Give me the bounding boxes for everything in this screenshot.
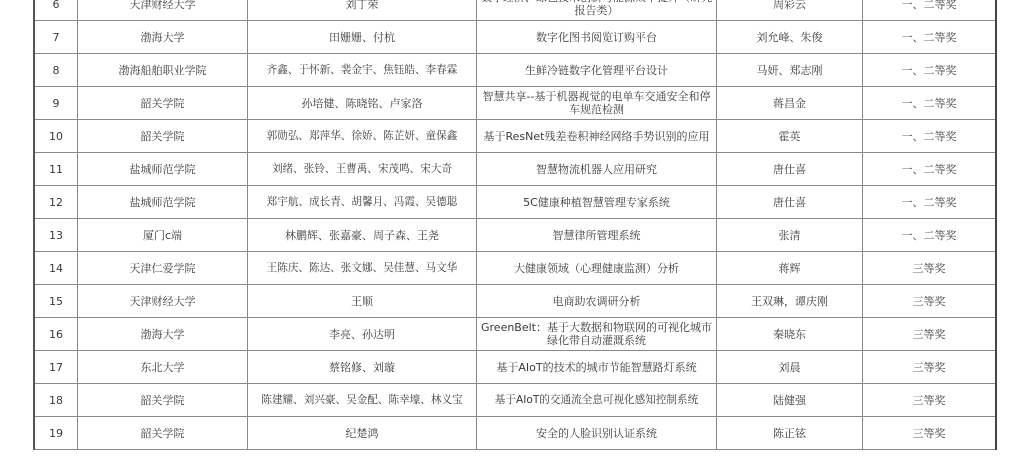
table-row: 14 天津仁爱学院 王陈庆、陈达、张文娜、吴佳慧、马文华 大健康领域（心理健康监… (34, 252, 996, 285)
cell-project: 电商助农调研分析 (477, 285, 717, 318)
cell-advisor: 唐仕喜 (717, 186, 863, 219)
cell-members: 孙培健、陈晓铭、卢家洛 (248, 87, 477, 120)
cell-project: 大健康领域（心理健康监测）分析 (477, 252, 717, 285)
cell-school: 天津财经大学 (78, 285, 248, 318)
table-row: 17 东北大学 蔡铭修、刘璇 基于AIoT的技术的城市节能智慧路灯系统 刘晨 三… (34, 351, 996, 384)
cell-award: 一、二等奖 (863, 21, 997, 54)
cell-award: 三等奖 (863, 417, 997, 450)
cell-advisor: 张清 (717, 219, 863, 252)
cell-members: 李亮、孙达明 (248, 318, 477, 351)
table-row: 18 韶关学院 陈建耀、刘兴豪、吴金配、陈幸壕、林义宝 基于AIoT的交通流全息… (34, 384, 996, 417)
cell-school: 盐城师范学院 (78, 153, 248, 186)
cell-school: 韶关学院 (78, 87, 248, 120)
table-row: 16 渤海大学 李亮、孙达明 GreenBelt：基于大数据和物联网的可视化城市… (34, 318, 996, 351)
cell-no: 6 (34, 0, 78, 21)
cell-members: 刘丁荣 (248, 0, 477, 21)
cell-award: 一、二等奖 (863, 153, 997, 186)
cell-members: 郭勋弘、郑萍华、徐娇、陈芷妍、童保鑫 (248, 120, 477, 153)
cell-advisor: 刘允峰、朱俊 (717, 21, 863, 54)
cell-award: 一、二等奖 (863, 186, 997, 219)
cell-school: 渤海大学 (78, 21, 248, 54)
cell-school: 韶关学院 (78, 384, 248, 417)
cell-no: 8 (34, 54, 78, 87)
cell-award: 三等奖 (863, 351, 997, 384)
cell-no: 14 (34, 252, 78, 285)
cell-advisor: 刘晨 (717, 351, 863, 384)
cell-no: 16 (34, 318, 78, 351)
cell-no: 9 (34, 87, 78, 120)
cell-award: 三等奖 (863, 318, 997, 351)
cell-no: 7 (34, 21, 78, 54)
cell-no: 13 (34, 219, 78, 252)
cell-school: 盐城师范学院 (78, 186, 248, 219)
cell-project: GreenBelt：基于大数据和物联网的可视化城市绿化带自动灌溉系统 (477, 318, 717, 351)
cell-project: 数字化图书阅览订购平台 (477, 21, 717, 54)
cell-advisor: 陈正铉 (717, 417, 863, 450)
cell-advisor: 蒋昌金 (717, 87, 863, 120)
table-row: 12 盐城师范学院 郑宇航、成长青、胡馨月、冯霞、吴德聪 5C健康种植智慧管理专… (34, 186, 996, 219)
cell-award: 一、二等奖 (863, 120, 997, 153)
table-row: 9 韶关学院 孙培健、陈晓铭、卢家洛 智慧共享--基于机器视觉的电单车交通安全和… (34, 87, 996, 120)
cell-members: 纪楚鸿 (248, 417, 477, 450)
cell-advisor: 唐仕喜 (717, 153, 863, 186)
cell-school: 渤海大学 (78, 318, 248, 351)
cell-no: 18 (34, 384, 78, 417)
table-row: 13 厦门c端 林鹏辉、张嘉豪、周子森、王尧 智慧律所管理系统 张清 一、二等奖 (34, 219, 996, 252)
table-row: 7 渤海大学 田姗姗、付杭 数字化图书阅览订购平台 刘允峰、朱俊 一、二等奖 (34, 21, 996, 54)
cell-project: 基于AIoT的交通流全息可视化感知控制系统 (477, 384, 717, 417)
cell-school: 厦门c端 (78, 219, 248, 252)
cell-award: 三等奖 (863, 252, 997, 285)
cell-project: 智慧物流机器人应用研究 (477, 153, 717, 186)
awards-table-body: 6 天津财经大学 刘丁荣 数字经济、绿色技术创新与能源效率提升（研究报告类） 周… (34, 0, 996, 450)
table-row: 19 韶关学院 纪楚鸿 安全的人脸识别认证系统 陈正铉 三等奖 (34, 417, 996, 450)
cell-award: 一、二等奖 (863, 0, 997, 21)
cell-members: 郑宇航、成长青、胡馨月、冯霞、吴德聪 (248, 186, 477, 219)
cell-no: 19 (34, 417, 78, 450)
cell-school: 东北大学 (78, 351, 248, 384)
cell-advisor: 霍英 (717, 120, 863, 153)
cell-members: 陈建耀、刘兴豪、吴金配、陈幸壕、林义宝 (248, 384, 477, 417)
cell-school: 韶关学院 (78, 417, 248, 450)
cell-project: 智慧律所管理系统 (477, 219, 717, 252)
cell-no: 17 (34, 351, 78, 384)
awards-table: 6 天津财经大学 刘丁荣 数字经济、绿色技术创新与能源效率提升（研究报告类） 周… (33, 0, 997, 450)
cell-members: 齐鑫、于怀新、裴金宇、焦钰皓、李春霖 (248, 54, 477, 87)
table-row: 10 韶关学院 郭勋弘、郑萍华、徐娇、陈芷妍、童保鑫 基于ResNet残差卷积神… (34, 120, 996, 153)
cell-award: 一、二等奖 (863, 87, 997, 120)
cell-project: 智慧共享--基于机器视觉的电单车交通安全和停车规范检测 (477, 87, 717, 120)
table-row: 11 盐城师范学院 刘绪、张铃、王曹禹、宋茂鸣、宋大奇 智慧物流机器人应用研究 … (34, 153, 996, 186)
cell-project: 安全的人脸识别认证系统 (477, 417, 717, 450)
cell-no: 10 (34, 120, 78, 153)
cell-award: 三等奖 (863, 384, 997, 417)
cell-no: 15 (34, 285, 78, 318)
cell-award: 三等奖 (863, 285, 997, 318)
cell-members: 林鹏辉、张嘉豪、周子森、王尧 (248, 219, 477, 252)
cell-advisor: 蒋辉 (717, 252, 863, 285)
table-row: 8 渤海船舶职业学院 齐鑫、于怀新、裴金宇、焦钰皓、李春霖 生鲜冷链数字化管理平… (34, 54, 996, 87)
cell-advisor: 周彩云 (717, 0, 863, 21)
cell-school: 天津财经大学 (78, 0, 248, 21)
cell-members: 王顺 (248, 285, 477, 318)
table-row: 6 天津财经大学 刘丁荣 数字经济、绿色技术创新与能源效率提升（研究报告类） 周… (34, 0, 996, 21)
cell-advisor: 秦晓东 (717, 318, 863, 351)
cell-project: 生鲜冷链数字化管理平台设计 (477, 54, 717, 87)
cell-school: 渤海船舶职业学院 (78, 54, 248, 87)
cell-advisor: 陆健强 (717, 384, 863, 417)
cell-members: 蔡铭修、刘璇 (248, 351, 477, 384)
table-row: 15 天津财经大学 王顺 电商助农调研分析 王双琳，谭庆刚 三等奖 (34, 285, 996, 318)
cell-project: 基于AIoT的技术的城市节能智慧路灯系统 (477, 351, 717, 384)
cell-advisor: 马妍、郑志刚 (717, 54, 863, 87)
cell-advisor: 王双琳，谭庆刚 (717, 285, 863, 318)
cell-members: 田姗姗、付杭 (248, 21, 477, 54)
cell-award: 一、二等奖 (863, 219, 997, 252)
cell-no: 12 (34, 186, 78, 219)
cell-project: 基于ResNet残差卷积神经网络手势识别的应用 (477, 120, 717, 153)
cell-project: 5C健康种植智慧管理专家系统 (477, 186, 717, 219)
cell-school: 韶关学院 (78, 120, 248, 153)
cell-members: 刘绪、张铃、王曹禹、宋茂鸣、宋大奇 (248, 153, 477, 186)
cell-members: 王陈庆、陈达、张文娜、吴佳慧、马文华 (248, 252, 477, 285)
document-page: 6 天津财经大学 刘丁荣 数字经济、绿色技术创新与能源效率提升（研究报告类） 周… (0, 0, 1020, 465)
cell-no: 11 (34, 153, 78, 186)
cell-award: 一、二等奖 (863, 54, 997, 87)
cell-project: 数字经济、绿色技术创新与能源效率提升（研究报告类） (477, 0, 717, 21)
cell-school: 天津仁爱学院 (78, 252, 248, 285)
